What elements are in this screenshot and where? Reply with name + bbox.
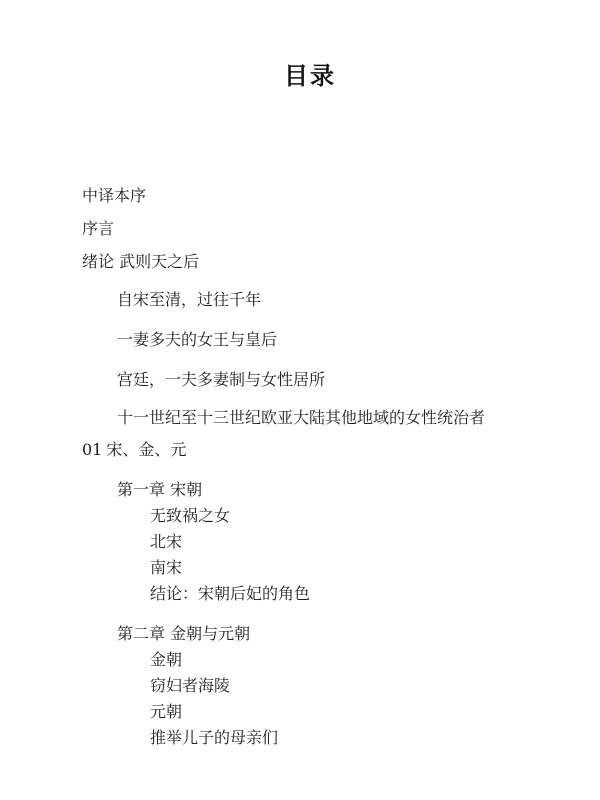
toc-item-chapter-2[interactable]: 第二章 金朝与元朝 [117, 624, 250, 644]
toc-item-chapter-1-section-1[interactable]: 无致祸之女 [150, 506, 230, 526]
toc-item-chapter-1-section-2[interactable]: 北宋 [150, 532, 182, 552]
toc-item-chapter-2-section-4[interactable]: 推举儿子的母亲们 [150, 728, 278, 748]
toc-item-introduction[interactable]: 绪论 武则天之后 [82, 252, 199, 272]
toc-item-intro-section-1[interactable]: 自宋至清，过往千年 [117, 290, 261, 310]
toc-item-intro-section-3[interactable]: 宫廷，一夫多妻制与女性居所 [117, 370, 325, 390]
toc-item-chapter-2-section-2[interactable]: 窃妇者海陵 [150, 676, 230, 696]
page-title: 目录 [0, 56, 600, 91]
toc-item-chapter-1-section-4[interactable]: 结论：宋朝后妃的角色 [150, 584, 310, 604]
part-number: 01 [82, 440, 102, 459]
toc-item-preface-chinese-edition[interactable]: 中译本序 [82, 186, 146, 206]
toc-item-chapter-2-section-3[interactable]: 元朝 [150, 702, 182, 722]
toc-item-chapter-1-section-3[interactable]: 南宋 [150, 558, 182, 578]
toc-item-intro-section-4[interactable]: 十一世纪至十三世纪欧亚大陆其他地域的女性统治者 [117, 408, 485, 428]
part-title: 宋、金、元 [106, 440, 186, 459]
toc-item-intro-section-2[interactable]: 一妻多夫的女王与皇后 [117, 330, 277, 350]
toc-item-chapter-2-section-1[interactable]: 金朝 [150, 650, 182, 670]
toc-item-chapter-1[interactable]: 第一章 宋朝 [117, 480, 202, 500]
toc-item-preface[interactable]: 序言 [82, 219, 114, 239]
toc-item-part-01[interactable]: 01宋、金、元 [82, 440, 186, 460]
